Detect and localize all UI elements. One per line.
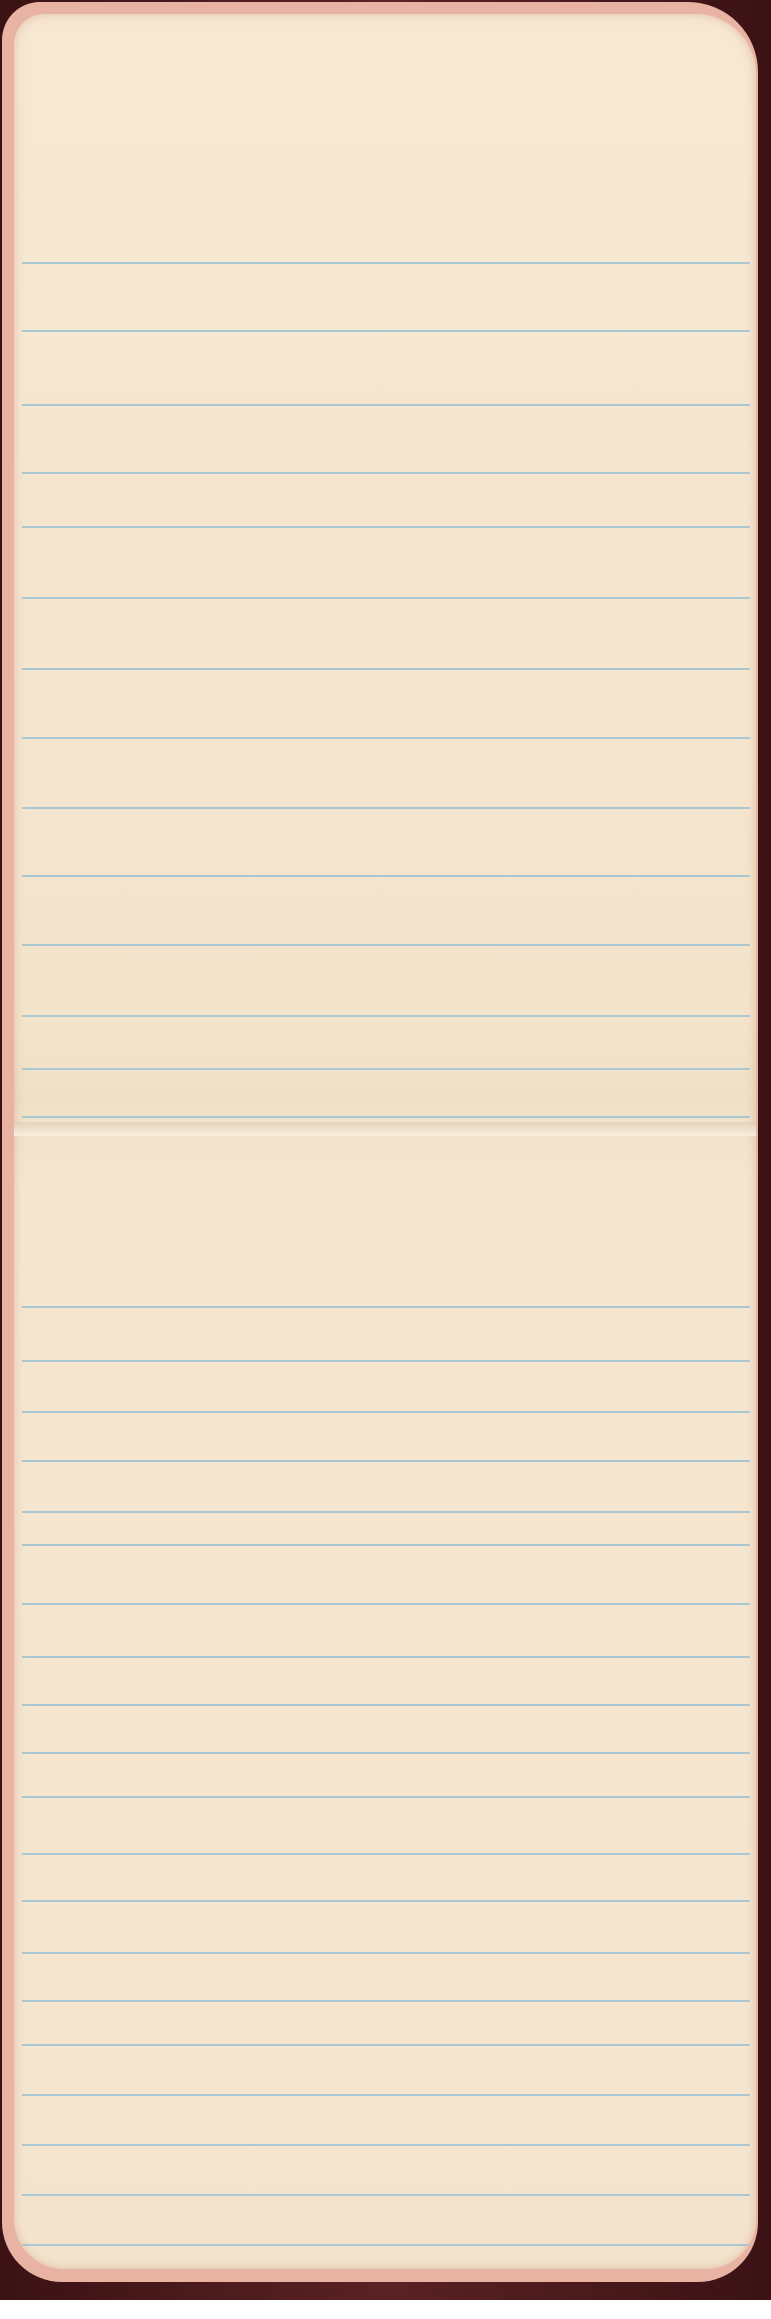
ruled-line: [22, 2244, 750, 2246]
ruled-line: [22, 1752, 750, 1754]
ruled-line: [22, 1544, 750, 1546]
ruled-line: [22, 526, 750, 528]
ruled-line: [22, 1952, 750, 1954]
ruled-line: [22, 2194, 750, 2196]
ruled-line: [22, 1796, 750, 1798]
ruled-line: [22, 668, 750, 670]
ruled-line: [22, 1015, 750, 1017]
ruled-line: [22, 1411, 750, 1413]
ruled-line: [22, 404, 750, 406]
ruled-line: [22, 1603, 750, 1605]
ruled-line: [22, 1853, 750, 1855]
ruled-line: [22, 1704, 750, 1706]
ruled-line: [22, 2000, 750, 2002]
ruled-line: [22, 1116, 750, 1118]
diary-page: [14, 14, 756, 2269]
ruled-line: [22, 875, 750, 877]
ruled-line: [22, 262, 750, 264]
ruled-line: [22, 944, 750, 946]
ruled-line: [22, 597, 750, 599]
ruled-line: [22, 807, 750, 809]
ruled-line: [22, 472, 750, 474]
ruled-line: [22, 1656, 750, 1658]
ruled-line: [22, 1068, 750, 1070]
page-fold: [14, 1122, 756, 1136]
ruled-line: [22, 2144, 750, 2146]
ruled-line: [22, 1900, 750, 1902]
ruled-line: [22, 330, 750, 332]
ruled-line: [22, 1360, 750, 1362]
ruled-line: [22, 1460, 750, 1462]
ruled-line: [22, 1306, 750, 1308]
ruled-line: [22, 2094, 750, 2096]
ruled-line: [22, 1511, 750, 1513]
ruled-line: [22, 2044, 750, 2046]
ruled-line: [22, 737, 750, 739]
